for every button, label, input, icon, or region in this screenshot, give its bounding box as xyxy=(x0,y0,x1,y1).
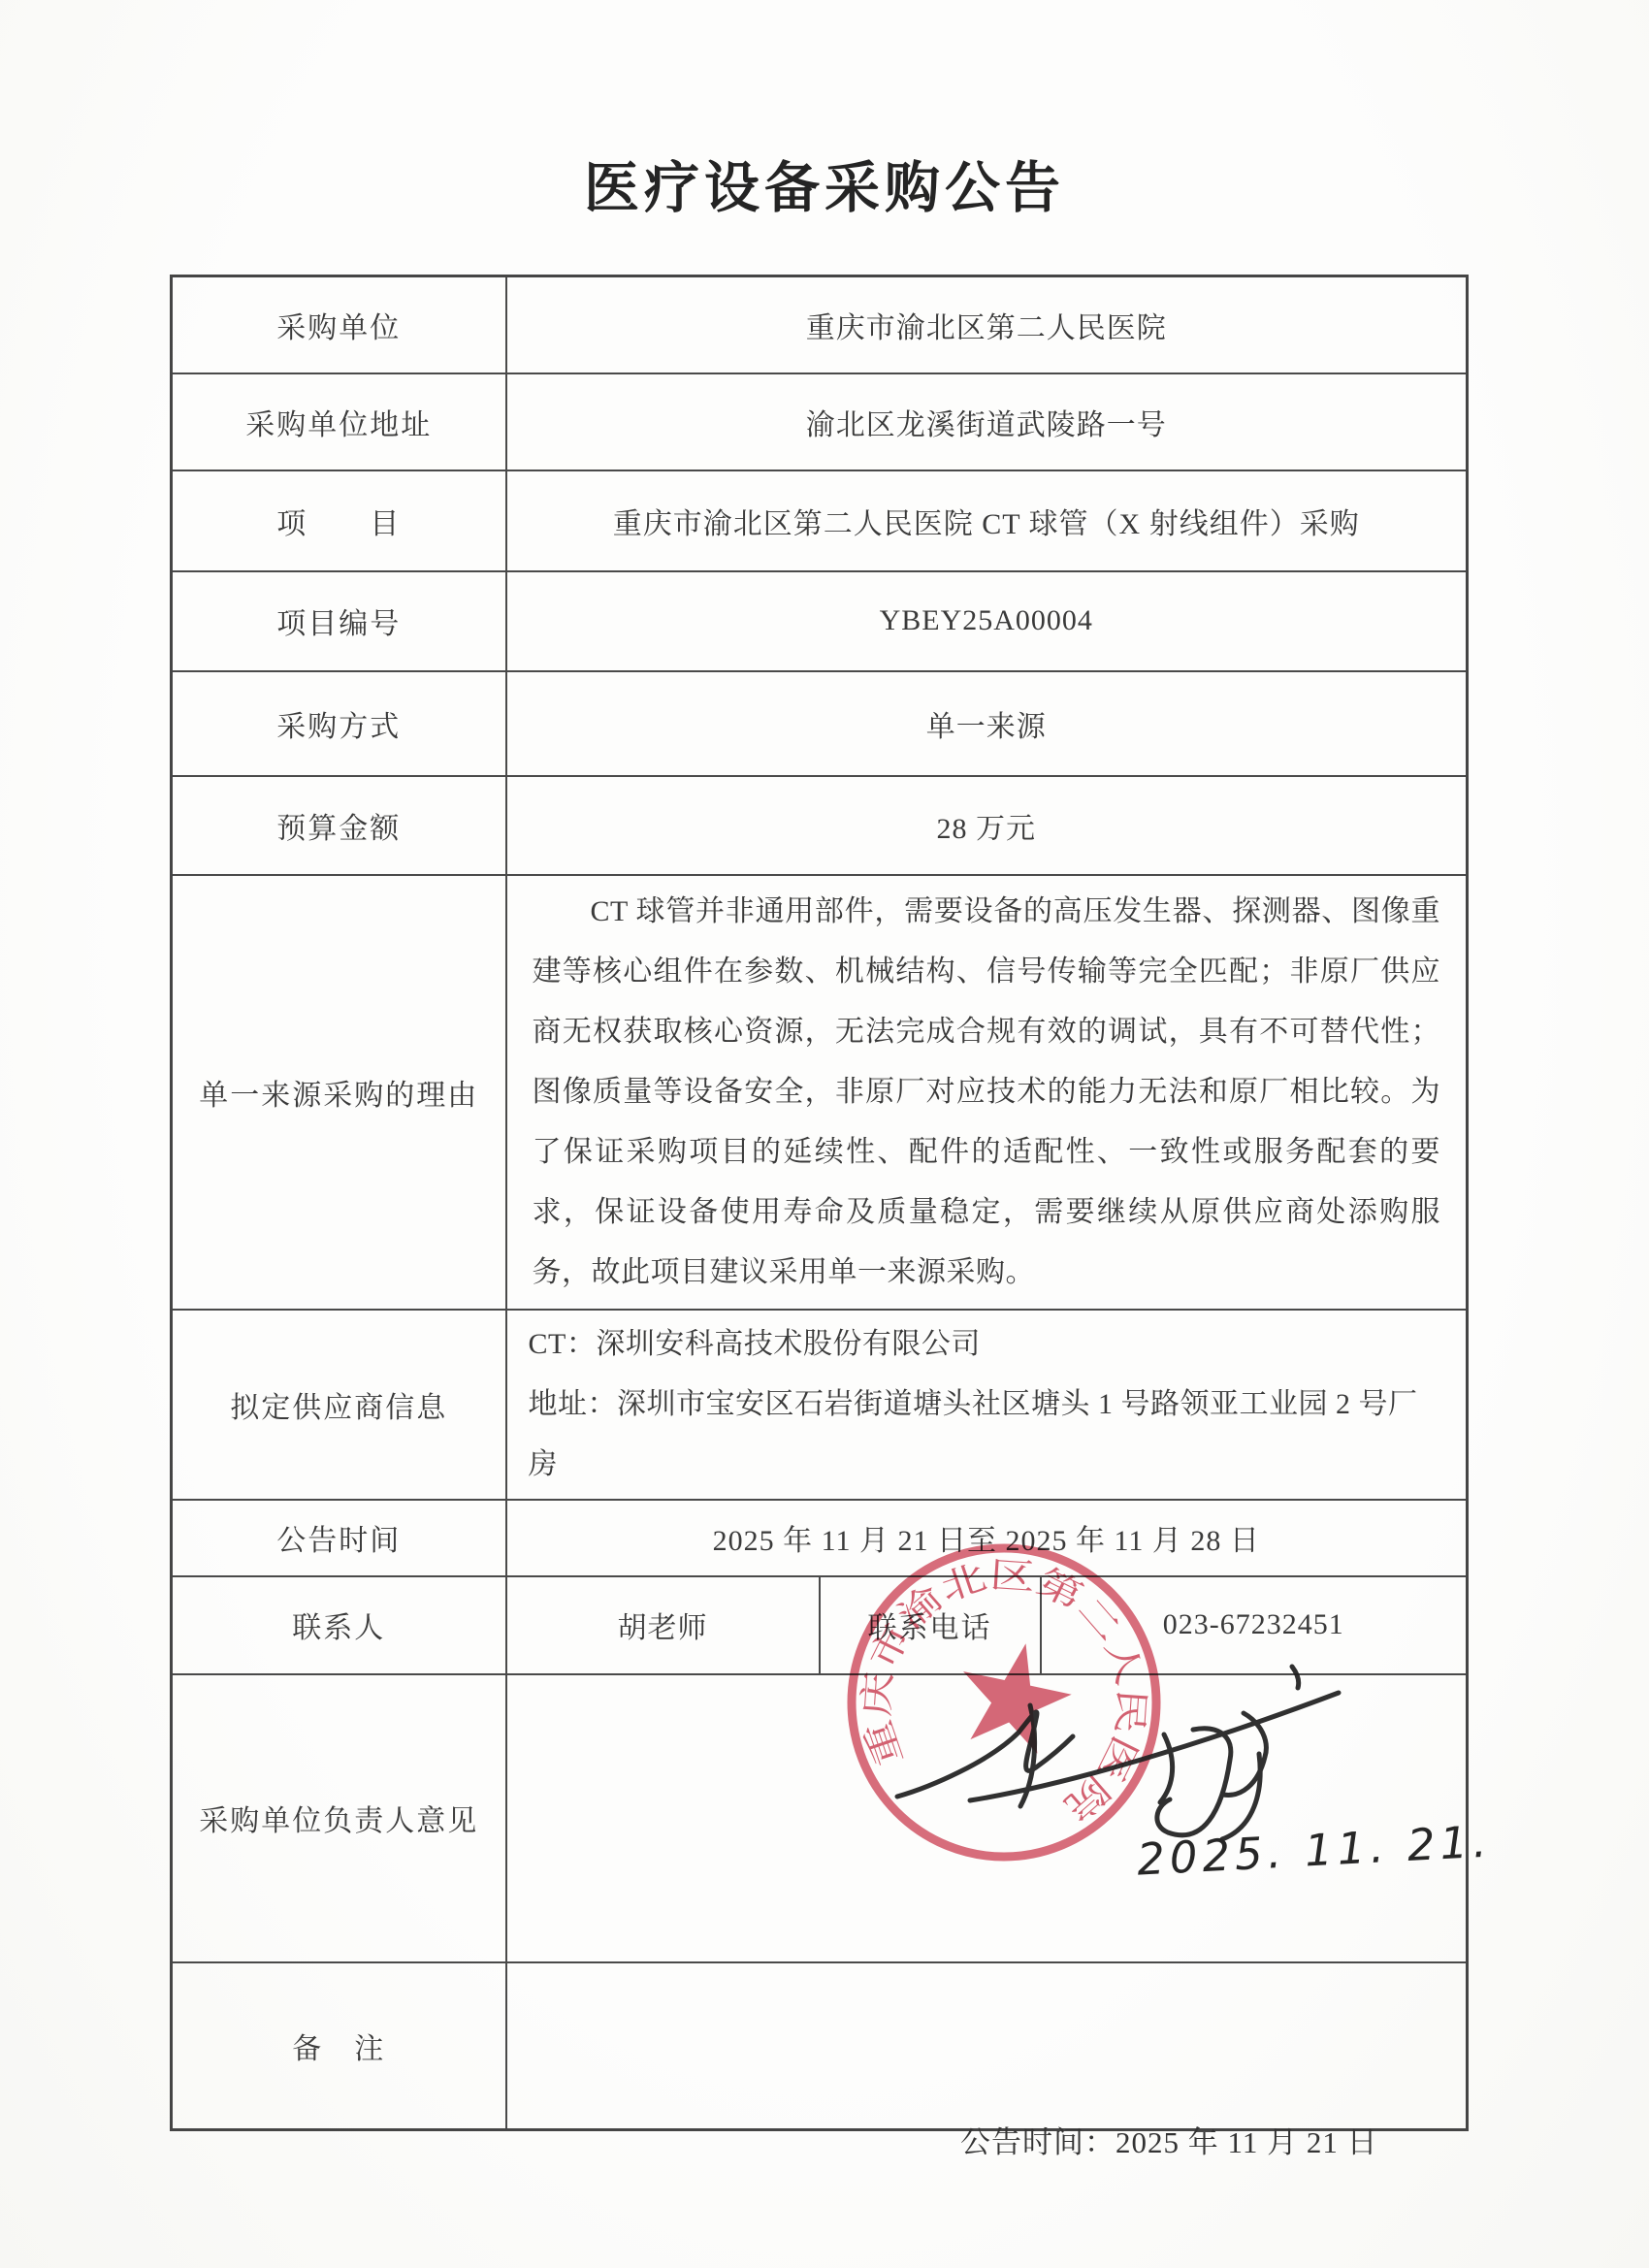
supplier-company-line: CT：深圳安科高技术股份有限公司 xyxy=(529,1314,1445,1375)
table-row-remarks: 备 注 xyxy=(172,1962,1468,2130)
table-row-project: 项 目 重庆市渝北区第二人民医院 CT 球管（X 射线组件）采购 xyxy=(172,470,1468,571)
row-label: 预算金额 xyxy=(172,776,506,875)
row-value: 重庆市渝北区第二人民医院 xyxy=(506,276,1468,373)
row-label: 备 注 xyxy=(172,1962,506,2130)
row-value: 28 万元 xyxy=(506,776,1468,875)
row-value xyxy=(506,1962,1468,2130)
row-label: 拟定供应商信息 xyxy=(172,1310,506,1500)
table-row-reason: 单一来源采购的理由 CT 球管并非通用部件，需要设备的高压发生器、探测器、图像重… xyxy=(172,875,1468,1310)
table-row-announcement-period: 公告时间 2025 年 11 月 21 日至 2025 年 11 月 28 日 xyxy=(172,1500,1468,1576)
row-value: 2025 年 11 月 21 日至 2025 年 11 月 28 日 xyxy=(506,1500,1468,1576)
row-label-phone: 联系电话 xyxy=(820,1576,1041,1674)
row-label: 公告时间 xyxy=(172,1500,506,1576)
row-label: 项目编号 xyxy=(172,571,506,671)
contact-name: 胡老师 xyxy=(506,1576,820,1674)
row-label: 项 目 xyxy=(172,470,506,571)
row-label: 采购单位 xyxy=(172,276,506,373)
table-row-supplier: 拟定供应商信息 CT：深圳安科高技术股份有限公司 地址：深圳市宝安区石岩街道塘头… xyxy=(172,1310,1468,1500)
row-value: 重庆市渝北区第二人民医院 CT 球管（X 射线组件）采购 xyxy=(506,470,1468,571)
table-row-contact: 联系人 胡老师 联系电话 023-67232451 xyxy=(172,1576,1468,1674)
document-page: 医疗设备采购公告 采购单位 重庆市渝北区第二人民医院 采购单位地址 渝北区龙溪街… xyxy=(0,0,1649,2268)
table-row-method: 采购方式 单一来源 xyxy=(172,671,1468,776)
table-row-leader-opinion: 采购单位负责人意见 xyxy=(172,1674,1468,1962)
row-label: 采购单位负责人意见 xyxy=(172,1674,506,1962)
row-value: 单一来源 xyxy=(506,671,1468,776)
row-label: 采购方式 xyxy=(172,671,506,776)
contact-phone: 023-67232451 xyxy=(1041,1576,1468,1674)
row-label: 采购单位地址 xyxy=(172,373,506,470)
row-value: CT：深圳安科高技术股份有限公司 地址：深圳市宝安区石岩街道塘头社区塘头 1 号… xyxy=(506,1310,1468,1500)
supplier-address-line: 地址：深圳市宝安区石岩街道塘头社区塘头 1 号路领亚工业园 2 号厂房 xyxy=(529,1375,1445,1495)
row-label: 单一来源采购的理由 xyxy=(172,875,506,1310)
row-value: YBEY25A00004 xyxy=(506,571,1468,671)
table-row-project-number: 项目编号 YBEY25A00004 xyxy=(172,571,1468,671)
row-value xyxy=(506,1674,1468,1962)
table-row-address: 采购单位地址 渝北区龙溪街道武陵路一号 xyxy=(172,373,1468,470)
row-value: 渝北区龙溪街道武陵路一号 xyxy=(506,373,1468,470)
table-row-purchaser: 采购单位 重庆市渝北区第二人民医院 xyxy=(172,276,1468,373)
page-title: 医疗设备采购公告 xyxy=(0,144,1649,223)
row-value: CT 球管并非通用部件，需要设备的高压发生器、探测器、图像重建等核心组件在参数、… xyxy=(506,875,1468,1310)
table-row-budget: 预算金额 28 万元 xyxy=(172,776,1468,875)
row-label: 联系人 xyxy=(172,1576,506,1674)
footer-announcement-time: 公告时间：2025 年 11 月 21 日 xyxy=(960,2118,1378,2161)
